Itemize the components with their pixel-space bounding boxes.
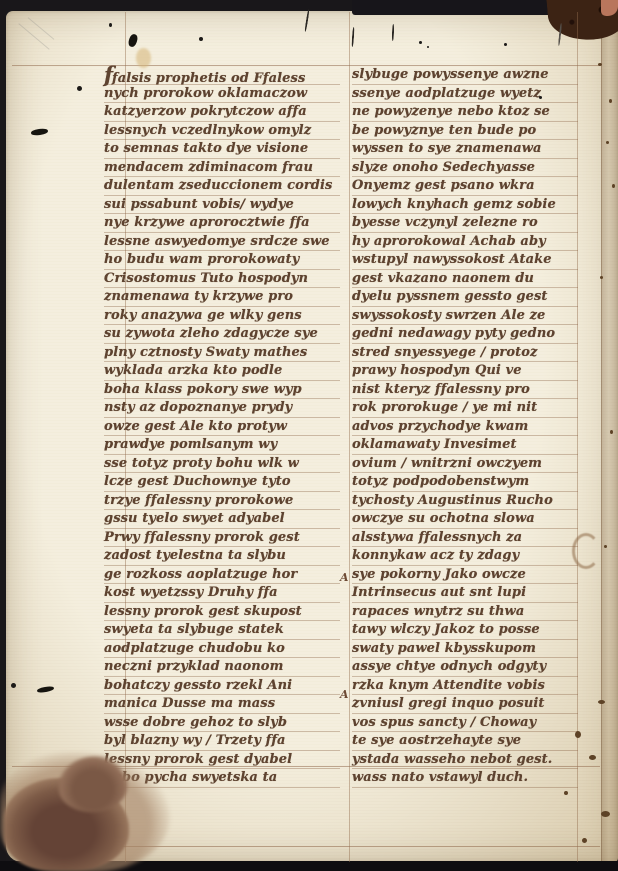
text-line: gssu tyelo swyet adyabel — [104, 510, 340, 529]
edge-speck — [606, 141, 609, 144]
text-line: byesse vczynyl zelezne ro — [352, 214, 578, 233]
text-line: lessnych vczedlnykow omylz — [104, 122, 340, 141]
text-line: oklamawaty Invesimet — [352, 436, 578, 455]
text-line: rapaces wnytrz su thwa — [352, 603, 578, 622]
text-line: ssenye aodplatzuge wyetz — [352, 85, 578, 104]
text-line: wstupyl nawyssokost Atake — [352, 251, 578, 270]
text-line: prawy hospodyn Qui ve — [352, 362, 578, 381]
text-line: manica Dusse ma mass — [104, 695, 340, 714]
text-line: dyelu pyssnem gessto gest — [352, 288, 578, 307]
text-column-left: ffalsis prophetis od Ffalessnych proroko… — [104, 66, 340, 788]
text-line: lessny prorok gest skupost — [104, 603, 340, 622]
text-line: swyssokosty swrzen Ale ze — [352, 307, 578, 326]
text-line: owczye su ochotna slowa — [352, 510, 578, 529]
edge-speck — [612, 184, 615, 188]
text-line: be powyznye ten bude po — [352, 122, 578, 141]
text-line: slyze onoho Sedechyasse — [352, 159, 578, 178]
text-line: ho budu wam prorokowaty — [104, 251, 340, 270]
edge-speck — [582, 838, 587, 843]
text-line: wass nato vstawyl duch. — [352, 769, 578, 788]
text-line: nsty az dopoznanye prydy — [104, 399, 340, 418]
text-line: byl blazny wy / Trzety ffa — [104, 732, 340, 751]
text-line: wyklada arzka kto podle — [104, 362, 340, 381]
text-line: su zywota zleho zdagycze sye — [104, 325, 340, 344]
edge-speck — [601, 811, 610, 817]
text-line: zadost tyelestna ta slybu — [104, 547, 340, 566]
text-line: alsstywa ffalessnych za — [352, 529, 578, 548]
text-line: nych prorokow oklamaczow — [104, 85, 340, 104]
ring-stain — [572, 533, 600, 569]
text-line: ovium / wnitrzni owczyem — [352, 455, 578, 474]
ink-spot — [539, 96, 542, 99]
text-line: bohatczy gessto rzekl Ani — [104, 677, 340, 696]
text-line: slybuge powyssenye awzne — [352, 66, 578, 85]
text-line: nist kteryz ffalessny pro — [352, 381, 578, 400]
ink-spot — [11, 683, 16, 688]
text-line: assye chtye odnych odgyty — [352, 658, 578, 677]
edge-speck — [600, 276, 603, 279]
text-line: lowych knyhach gemz sobie — [352, 196, 578, 215]
text-line: konnykaw acz ty zdagy — [352, 547, 578, 566]
edge-speck — [609, 99, 612, 103]
text-line: tychosty Augustinus Rucho — [352, 492, 578, 511]
ink-spot — [77, 86, 82, 91]
text-column-right: slybuge powyssenye awznessenye aodplatzu… — [352, 66, 578, 788]
text-line: sye pokorny Jako owcze — [352, 566, 578, 585]
margin-mark: A — [340, 571, 349, 584]
edge-speck — [564, 791, 568, 795]
text-line: ystada wasseho nebot gest. — [352, 751, 578, 770]
text-line: advos przychodye kwam — [352, 418, 578, 437]
text-line: te sye aostrzehayte sye — [352, 732, 578, 751]
edge-speck — [604, 545, 607, 548]
text-line: ne powyzenye nebo ktoz se — [352, 103, 578, 122]
text-line: tawy wlczy Jakoz to posse — [352, 621, 578, 640]
text-line: gedni nedawagy pyty gedno — [352, 325, 578, 344]
edge-speck — [598, 63, 602, 66]
text-line: znamenawa ty krzywe pro — [104, 288, 340, 307]
ink-spot — [109, 23, 112, 27]
text-line: gest vkazano naonem du — [352, 270, 578, 289]
text-line: rok prorokuge / ye mi nit — [352, 399, 578, 418]
text-line: totyz podpodobenstwym — [352, 473, 578, 492]
text-line: kost wyetzssy Druhy ffa — [104, 584, 340, 603]
edge-speck — [575, 731, 581, 738]
wax-spot — [136, 48, 151, 68]
ink-spot — [504, 43, 507, 46]
text-line: plny cztnosty Swaty mathes — [104, 344, 340, 363]
manuscript-scan: ffalsis prophetis od Ffalessnych proroko… — [0, 0, 618, 871]
text-line: aodplatzuge chudobu ko — [104, 640, 340, 659]
margin-mark: A — [340, 688, 349, 701]
text-line: roky anazywa ge wlky gens — [104, 307, 340, 326]
text-line: wyssen to sye znamenawa — [352, 140, 578, 159]
text-line: hy aprorokowal Achab aby — [352, 233, 578, 252]
text-line: sui pssabunt vobis/ wydye — [104, 196, 340, 215]
text-line: rzka knym Attendite vobis — [352, 677, 578, 696]
text-line: stred snyessyege / protoz — [352, 344, 578, 363]
text-line: ge rozkoss aoplatzuge hor — [104, 566, 340, 585]
text-line: boha klass pokory swe wyp — [104, 381, 340, 400]
text-line: mendacem zdiminacom frau — [104, 159, 340, 178]
text-line: katzyerzow pokrytczow affa — [104, 103, 340, 122]
ink-spot — [419, 41, 422, 44]
text-line: dulentam zseduccionem cordis — [104, 177, 340, 196]
text-line: sse totyz proty bohu wlk w — [104, 455, 340, 474]
text-line: zvniusl gregi inquo posuit — [352, 695, 578, 714]
text-line: Intrinsecus aut snt lupi — [352, 584, 578, 603]
water-stain-lobe — [58, 756, 128, 812]
edge-speck — [598, 700, 605, 704]
text-line: to semnas takto dye visione — [104, 140, 340, 159]
ruling-line-center — [349, 12, 350, 862]
ink-spot — [427, 46, 429, 48]
text-line: vos spus sancty / Choway — [352, 714, 578, 733]
text-line: neczni przyklad naonom — [104, 658, 340, 677]
text-line: trzye ffalessny prorokowe — [104, 492, 340, 511]
text-line: swyeta ta slybuge statek — [104, 621, 340, 640]
text-line: Crisostomus Tuto hospodyn — [104, 270, 340, 289]
text-line: lessne aswyedomye srdcze swe — [104, 233, 340, 252]
text-line: Prwy ffalessny prorok gest — [104, 529, 340, 548]
text-line: owze gest Ale kto protyw — [104, 418, 340, 437]
text-line: ffalsis prophetis od Ffaless — [104, 66, 340, 85]
text-line: nye krzywe aprorocztwie ffa — [104, 214, 340, 233]
text-line: Onyemz gest psano wkra — [352, 177, 578, 196]
text-line: prawdye pomlsanym wy — [104, 436, 340, 455]
text-line: swaty pawel kbysskupom — [352, 640, 578, 659]
text-line: wsse dobre gehoz to slyb — [104, 714, 340, 733]
edge-speck — [610, 430, 613, 434]
photo-border-left — [0, 0, 6, 871]
text-line: lcze gest Duchownye tyto — [104, 473, 340, 492]
page-fore-edge — [601, 11, 618, 862]
ink-spot — [199, 37, 203, 41]
edge-speck — [589, 755, 596, 760]
text-line: lessny prorok gest dyabel — [104, 751, 340, 770]
